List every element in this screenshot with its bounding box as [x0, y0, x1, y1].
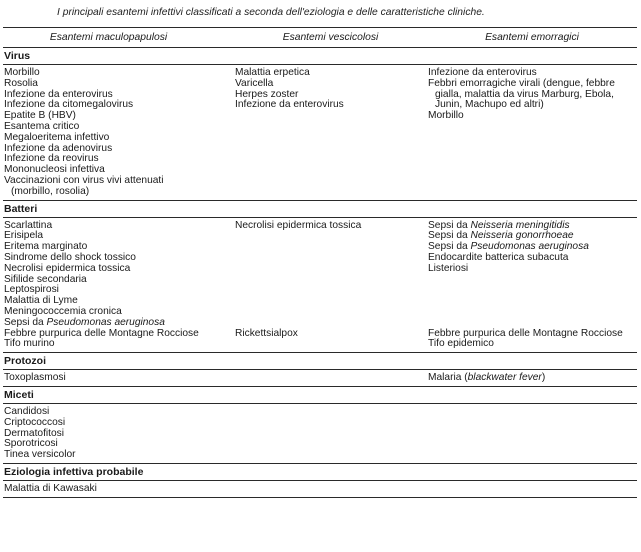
- table-caption: I principali esantemi infettivi classifi…: [57, 7, 485, 18]
- column-header-emorragici: Esantemi emorragici: [427, 32, 637, 43]
- list-item: Megaloeritema infettivo: [4, 133, 235, 144]
- list-item: (morbillo, rosolia): [4, 187, 235, 198]
- column-emorragici: Malaria (blackwater fever): [428, 373, 638, 384]
- column-emorragici: [428, 484, 638, 495]
- column-maculopapulosi: ScarlattinaErisipelaEritema marginatoSin…: [4, 221, 235, 351]
- table-sections: VirusMorbilloRosoliaInfezione da enterov…: [3, 48, 637, 498]
- section-heading: Protozoi: [3, 353, 637, 369]
- column-vescicolosi: Malattia erpeticaVaricellaHerpes zosterI…: [235, 68, 428, 198]
- exanthem-table: Esantemi maculopapulosi Esantemi vescico…: [3, 27, 637, 498]
- spacer: [428, 285, 638, 296]
- list-item: Varicella: [235, 79, 428, 90]
- spacer: [235, 242, 428, 253]
- spacer: [235, 264, 428, 275]
- column-maculopapulosi: MorbilloRosoliaInfezione da enterovirusI…: [4, 68, 235, 198]
- spacer: [428, 275, 638, 286]
- section-body: ToxoplasmosiMalaria (blackwater fever): [3, 370, 637, 386]
- list-item: Febbri emorragiche virali (dengue, febbr…: [428, 79, 638, 90]
- column-vescicolosi: [235, 484, 428, 495]
- list-item: Morbillo: [4, 68, 235, 79]
- column-emorragici: Sepsi da Neisseria meningitidisSepsi da …: [428, 221, 638, 351]
- spacer: [235, 296, 428, 307]
- list-item: Criptococcosi: [4, 418, 235, 429]
- list-item: Listeriosi: [428, 264, 638, 275]
- section-heading: Eziologia infettiva probabile: [3, 464, 637, 480]
- column-emorragici: Infezione da enterovirusFebbri emorragic…: [428, 68, 638, 198]
- list-item: Rosolia: [4, 79, 235, 90]
- column-maculopapulosi: Malattia di Kawasaki: [4, 484, 235, 495]
- column-vescicolosi: [235, 407, 428, 461]
- list-item: Sepsi da Pseudomonas aeruginosa: [4, 318, 235, 329]
- column-emorragici: [428, 407, 638, 461]
- column-header-maculopapulosi: Esantemi maculopapulosi: [3, 32, 234, 43]
- spacer: [235, 275, 428, 286]
- section-end-rule: [3, 497, 637, 498]
- spacer: [235, 231, 428, 242]
- column-maculopapulosi: CandidosiCriptococcosiDermatofitosiSporo…: [4, 407, 235, 461]
- section-heading: Miceti: [3, 387, 637, 403]
- column-vescicolosi: Necrolisi epidermica tossicaRickettsialp…: [235, 221, 428, 351]
- list-item: Malattia di Kawasaki: [4, 484, 235, 495]
- column-vescicolosi: [235, 373, 428, 384]
- section-body: Malattia di Kawasaki: [3, 481, 637, 497]
- spacer: [428, 296, 638, 307]
- list-item: Tifo epidemico: [428, 339, 638, 350]
- spacer: [428, 318, 638, 329]
- list-item: Malaria (blackwater fever): [428, 373, 638, 384]
- list-item: Tifo murino: [4, 339, 235, 350]
- list-item: Necrolisi epidermica tossica: [4, 264, 235, 275]
- spacer: [235, 318, 428, 329]
- column-header-vescicolosi: Esantemi vescicolosi: [234, 32, 427, 43]
- section-body: CandidosiCriptococcosiDermatofitosiSporo…: [3, 404, 637, 463]
- column-maculopapulosi: Toxoplasmosi: [4, 373, 235, 384]
- list-item: Necrolisi epidermica tossica: [235, 221, 428, 232]
- section-body: ScarlattinaErisipelaEritema marginatoSin…: [3, 218, 637, 353]
- spacer: [428, 307, 638, 318]
- spacer: [235, 285, 428, 296]
- spacer: [235, 253, 428, 264]
- section-heading: Batteri: [3, 201, 637, 217]
- list-item: Tinea versicolor: [4, 450, 235, 461]
- list-item: Infezione da enterovirus: [235, 100, 428, 111]
- list-item: Rickettsialpox: [235, 329, 428, 340]
- column-headers: Esantemi maculopapulosi Esantemi vescico…: [3, 28, 637, 47]
- spacer: [235, 307, 428, 318]
- section-heading: Virus: [3, 48, 637, 64]
- list-item: Toxoplasmosi: [4, 373, 235, 384]
- section-body: MorbilloRosoliaInfezione da enterovirusI…: [3, 65, 637, 200]
- list-item: Morbillo: [428, 111, 638, 122]
